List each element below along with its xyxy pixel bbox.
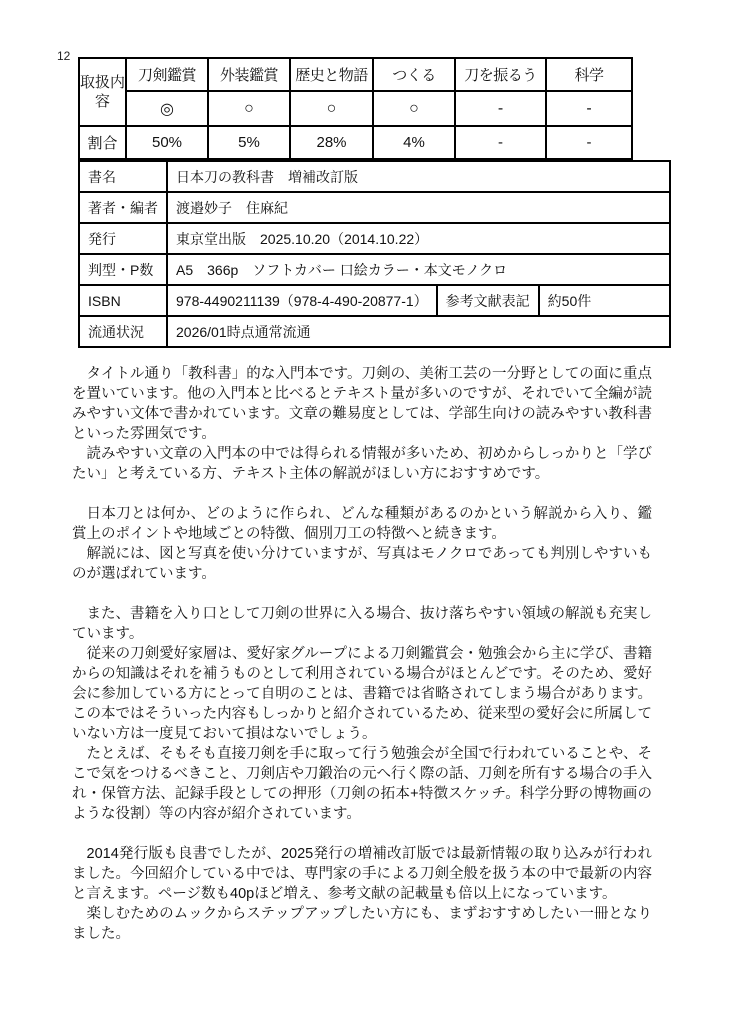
- rating-mark: -: [455, 91, 546, 126]
- ratio-value: -: [546, 126, 632, 159]
- paragraph: 日本刀とは何か、どのように作られ、どんな種類があるのかという解説から入り、鑑賞上…: [72, 504, 652, 544]
- rating-mark: ○: [208, 91, 290, 126]
- paragraph: タイトル通り「教科書」的な入門本です。刀剣の、美術工芸の一分野としての面に重点を…: [72, 364, 652, 444]
- paragraph: たとえば、そもそも直接刀剣を手に取って行う勉強会が全国で行われていることや、そこ…: [72, 744, 652, 824]
- book-field-label: 著者・編者: [79, 192, 167, 223]
- ratio-row-header: 割合: [79, 126, 126, 159]
- ratio-value: -: [455, 126, 546, 159]
- paragraph: 読みやすい文章の入門本の中では得られる情報が多いため、初めからしっかりと「学びた…: [72, 444, 652, 484]
- table-row: 発行 東京堂出版 2025.10.20（2014.10.22）: [79, 223, 670, 254]
- table-row: 書名 日本刀の教科書 増補改訂版: [79, 161, 670, 192]
- rating-mark: ◎: [126, 91, 208, 126]
- paragraph: 解説には、図と写真を使い分けていますが、写真はモノクロであっても判別しやすいもの…: [72, 544, 652, 584]
- book-field-label: 参考文献表記: [437, 285, 539, 316]
- rating-mark: -: [546, 91, 632, 126]
- book-field-value: 日本刀の教科書 増補改訂版: [167, 161, 670, 192]
- table-row: 流通状況 2026/01時点通常流通: [79, 316, 670, 347]
- ratio-value: 28%: [290, 126, 373, 159]
- book-field-value: 渡邉妙子 住麻紀: [167, 192, 670, 223]
- book-field-label: 書名: [79, 161, 167, 192]
- paragraph: また、書籍を入り口として刀剣の世界に入る場合、抜け落ちやすい領域の解説も充実して…: [72, 604, 652, 644]
- table-row: ISBN 978-4490211139（978-4-490-20877-1） 参…: [79, 285, 670, 316]
- paragraph: 楽しむためのムックからステップアップしたい方にも、まずおすすめしたい一冊となりま…: [72, 904, 652, 944]
- ratio-value: 5%: [208, 126, 290, 159]
- ratings-row-header: 取扱内容: [79, 58, 126, 126]
- book-field-label: 発行: [79, 223, 167, 254]
- book-field-label: 流通状況: [79, 316, 167, 347]
- paragraph-group: また、書籍を入り口として刀剣の世界に入る場合、抜け落ちやすい領域の解説も充実して…: [72, 604, 652, 824]
- paragraph: 2014発行版も良書でしたが、2025発行の増補改訂版では最新情報の取り込みが行…: [72, 844, 652, 904]
- ratio-value: 4%: [373, 126, 455, 159]
- rating-mark: ○: [290, 91, 373, 126]
- paragraph: 従来の刀剣愛好家層は、愛好家グループによる刀剣鑑賞会・勉強会から主に学び、書籍か…: [72, 644, 652, 744]
- ratings-table: 取扱内容 刀剣鑑賞 外装鑑賞 歴史と物語 つくる 刀を振るう 科学 ◎ ○ ○ …: [78, 57, 633, 160]
- ratio-value: 50%: [126, 126, 208, 159]
- book-info-table: 書名 日本刀の教科書 増補改訂版 著者・編者 渡邉妙子 住麻紀 発行 東京堂出版…: [78, 160, 671, 348]
- ratings-col-header: 刀を振るう: [455, 58, 546, 91]
- ratings-col-header: 刀剣鑑賞: [126, 58, 208, 91]
- book-field-label: ISBN: [79, 285, 167, 316]
- book-field-label: 判型・P数: [79, 254, 167, 285]
- ratings-col-header: 科学: [546, 58, 632, 91]
- paragraph-group: 2014発行版も良書でしたが、2025発行の増補改訂版では最新情報の取り込みが行…: [72, 844, 652, 944]
- ratings-col-header: つくる: [373, 58, 455, 91]
- review-body: タイトル通り「教科書」的な入門本です。刀剣の、美術工芸の一分野としての面に重点を…: [72, 364, 652, 944]
- page-number: 12: [57, 49, 70, 63]
- ratings-col-header: 外装鑑賞: [208, 58, 290, 91]
- table-row: 著者・編者 渡邉妙子 住麻紀: [79, 192, 670, 223]
- book-field-value: 約50件: [539, 285, 670, 316]
- rating-mark: ○: [373, 91, 455, 126]
- paragraph-group: 日本刀とは何か、どのように作られ、どんな種類があるのかという解説から入り、鑑賞上…: [72, 504, 652, 584]
- book-field-value: 2026/01時点通常流通: [167, 316, 670, 347]
- table-row: 判型・P数 A5 366p ソフトカバー 口絵カラー・本文モノクロ: [79, 254, 670, 285]
- paragraph-group: タイトル通り「教科書」的な入門本です。刀剣の、美術工芸の一分野としての面に重点を…: [72, 364, 652, 484]
- book-field-value: 東京堂出版 2025.10.20（2014.10.22）: [167, 223, 670, 254]
- book-field-value: A5 366p ソフトカバー 口絵カラー・本文モノクロ: [167, 254, 670, 285]
- book-field-value: 978-4490211139（978-4-490-20877-1）: [167, 285, 437, 316]
- ratings-col-header: 歴史と物語: [290, 58, 373, 91]
